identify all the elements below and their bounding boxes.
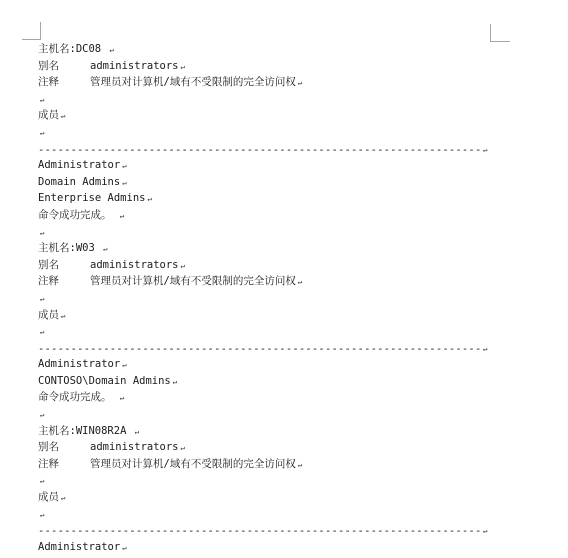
paragraph-mark-icon: ↵ (122, 543, 127, 552)
paragraph-mark-icon: ↵ (120, 393, 125, 402)
doc-line-blank[interactable]: ↵ (38, 472, 508, 489)
field-label: 别名 (38, 257, 90, 274)
separator-dashes: ----------------------------------------… (38, 341, 481, 358)
text-run: Administrator (38, 541, 120, 553)
text-run: 命令成功完成。 (38, 209, 118, 221)
doc-line-kv[interactable]: 注释管理员对计算机/域有不受限制的完全访问权↵ (38, 74, 508, 91)
text-run: Administrator (38, 358, 120, 370)
doc-line-blank[interactable]: ↵ (38, 406, 508, 423)
paragraph-mark-icon: ↵ (103, 244, 108, 253)
paragraph-mark-icon: ↵ (40, 327, 45, 336)
separator-dashes: ----------------------------------------… (38, 142, 481, 159)
doc-line-blank[interactable]: ↵ (38, 290, 508, 307)
doc-line-text[interactable]: 成员↵ (38, 107, 508, 124)
paragraph-mark-icon: ↵ (40, 410, 45, 419)
paragraph-mark-icon: ↵ (61, 493, 66, 502)
paragraph-mark-icon: ↵ (40, 476, 45, 485)
field-label: 注释 (38, 273, 90, 290)
text-run: Domain Admins (38, 176, 120, 188)
paragraph-mark-icon: ↵ (120, 211, 125, 220)
text-run: Enterprise Admins (38, 192, 145, 204)
doc-line-separator[interactable]: ----------------------------------------… (38, 141, 508, 158)
paragraph-mark-icon: ↵ (298, 460, 303, 469)
text-run: Administrator (38, 159, 120, 171)
text-boundary-corner-right-icon (490, 24, 510, 42)
field-label: 注释 (38, 74, 90, 91)
doc-line-separator[interactable]: ----------------------------------------… (38, 522, 508, 539)
paragraph-mark-icon: ↵ (40, 228, 45, 237)
paragraph-mark-icon: ↵ (181, 62, 186, 71)
paragraph-mark-icon: ↵ (181, 261, 186, 270)
doc-line-text[interactable]: Administrator↵ (38, 157, 508, 174)
doc-line-blank[interactable]: ↵ (38, 506, 508, 523)
paragraph-mark-icon: ↵ (483, 344, 488, 353)
paragraph-mark-icon: ↵ (483, 145, 488, 154)
doc-line-kv[interactable]: 别名administrators↵ (38, 439, 508, 456)
doc-line-text[interactable]: 主机名:DC08 ↵ (38, 41, 508, 58)
field-value: 管理员对计算机/域有不受限制的完全访问权 (90, 458, 296, 470)
paragraph-mark-icon: ↵ (173, 377, 178, 386)
doc-line-text[interactable]: CONTOSO\Domain Admins↵ (38, 373, 508, 390)
doc-line-separator[interactable]: ----------------------------------------… (38, 340, 508, 357)
paragraph-mark-icon: ↵ (483, 526, 488, 535)
doc-line-blank[interactable]: ↵ (38, 124, 508, 141)
doc-line-text[interactable]: 命令成功完成。 ↵ (38, 207, 508, 224)
paragraph-mark-icon: ↵ (298, 78, 303, 87)
doc-line-text[interactable]: Enterprise Admins↵ (38, 190, 508, 207)
document-canvas: 主机名:DC08 ↵别名administrators↵注释管理员对计算机/域有不… (0, 0, 568, 558)
field-label: 别名 (38, 439, 90, 456)
field-label: 注释 (38, 456, 90, 473)
doc-line-kv[interactable]: 注释管理员对计算机/域有不受限制的完全访问权↵ (38, 273, 508, 290)
field-value: administrators (90, 60, 179, 72)
paragraph-mark-icon: ↵ (181, 443, 186, 452)
word-document-view: { "page": { "background": "#ffffff", "te… (0, 0, 568, 558)
doc-line-kv[interactable]: 别名administrators↵ (38, 257, 508, 274)
paragraph-mark-icon: ↵ (40, 510, 45, 519)
paragraph-mark-icon: ↵ (61, 111, 66, 120)
text-run: 成员 (38, 309, 59, 321)
doc-line-text[interactable]: 命令成功完成。 ↵ (38, 389, 508, 406)
paragraph-mark-icon: ↵ (40, 294, 45, 303)
text-boundary-corner-left-icon (22, 22, 41, 40)
field-value: administrators (90, 259, 179, 271)
paragraph-mark-icon: ↵ (122, 178, 127, 187)
paragraph-mark-icon: ↵ (40, 95, 45, 104)
field-label: 别名 (38, 58, 90, 75)
doc-line-text[interactable]: 成员↵ (38, 489, 508, 506)
separator-dashes: ----------------------------------------… (38, 523, 481, 540)
text-run: 成员 (38, 109, 59, 121)
paragraph-mark-icon: ↵ (61, 311, 66, 320)
doc-line-blank[interactable]: ↵ (38, 91, 508, 108)
doc-line-kv[interactable]: 别名administrators↵ (38, 58, 508, 75)
doc-line-text[interactable]: Domain Admins↵ (38, 174, 508, 191)
paragraph-mark-icon: ↵ (122, 360, 127, 369)
text-run: 主机名:DC08 (38, 43, 107, 55)
paragraph-mark-icon: ↵ (298, 277, 303, 286)
doc-line-text[interactable]: 成员↵ (38, 307, 508, 324)
doc-line-blank[interactable]: ↵ (38, 323, 508, 340)
paragraph-mark-icon: ↵ (40, 128, 45, 137)
document-text-area[interactable]: 主机名:DC08 ↵别名administrators↵注释管理员对计算机/域有不… (38, 41, 508, 555)
text-run: 主机名:WIN08R2A (38, 425, 133, 437)
paragraph-mark-icon: ↵ (135, 427, 140, 436)
field-value: 管理员对计算机/域有不受限制的完全访问权 (90, 275, 296, 287)
doc-line-text[interactable]: 主机名:WIN08R2A ↵ (38, 423, 508, 440)
text-run: 命令成功完成。 (38, 391, 118, 403)
field-value: 管理员对计算机/域有不受限制的完全访问权 (90, 76, 296, 88)
text-run: 成员 (38, 491, 59, 503)
doc-line-text[interactable]: Administrator↵ (38, 539, 508, 556)
paragraph-mark-icon: ↵ (147, 194, 152, 203)
doc-line-text[interactable]: Administrator↵ (38, 356, 508, 373)
doc-line-text[interactable]: 主机名:W03 ↵ (38, 240, 508, 257)
text-run: CONTOSO\Domain Admins (38, 375, 171, 387)
paragraph-mark-icon: ↵ (122, 161, 127, 170)
field-value: administrators (90, 441, 179, 453)
doc-line-blank[interactable]: ↵ (38, 224, 508, 241)
paragraph-mark-icon: ↵ (109, 45, 114, 54)
text-run: 主机名:W03 (38, 242, 101, 254)
doc-line-kv[interactable]: 注释管理员对计算机/域有不受限制的完全访问权↵ (38, 456, 508, 473)
